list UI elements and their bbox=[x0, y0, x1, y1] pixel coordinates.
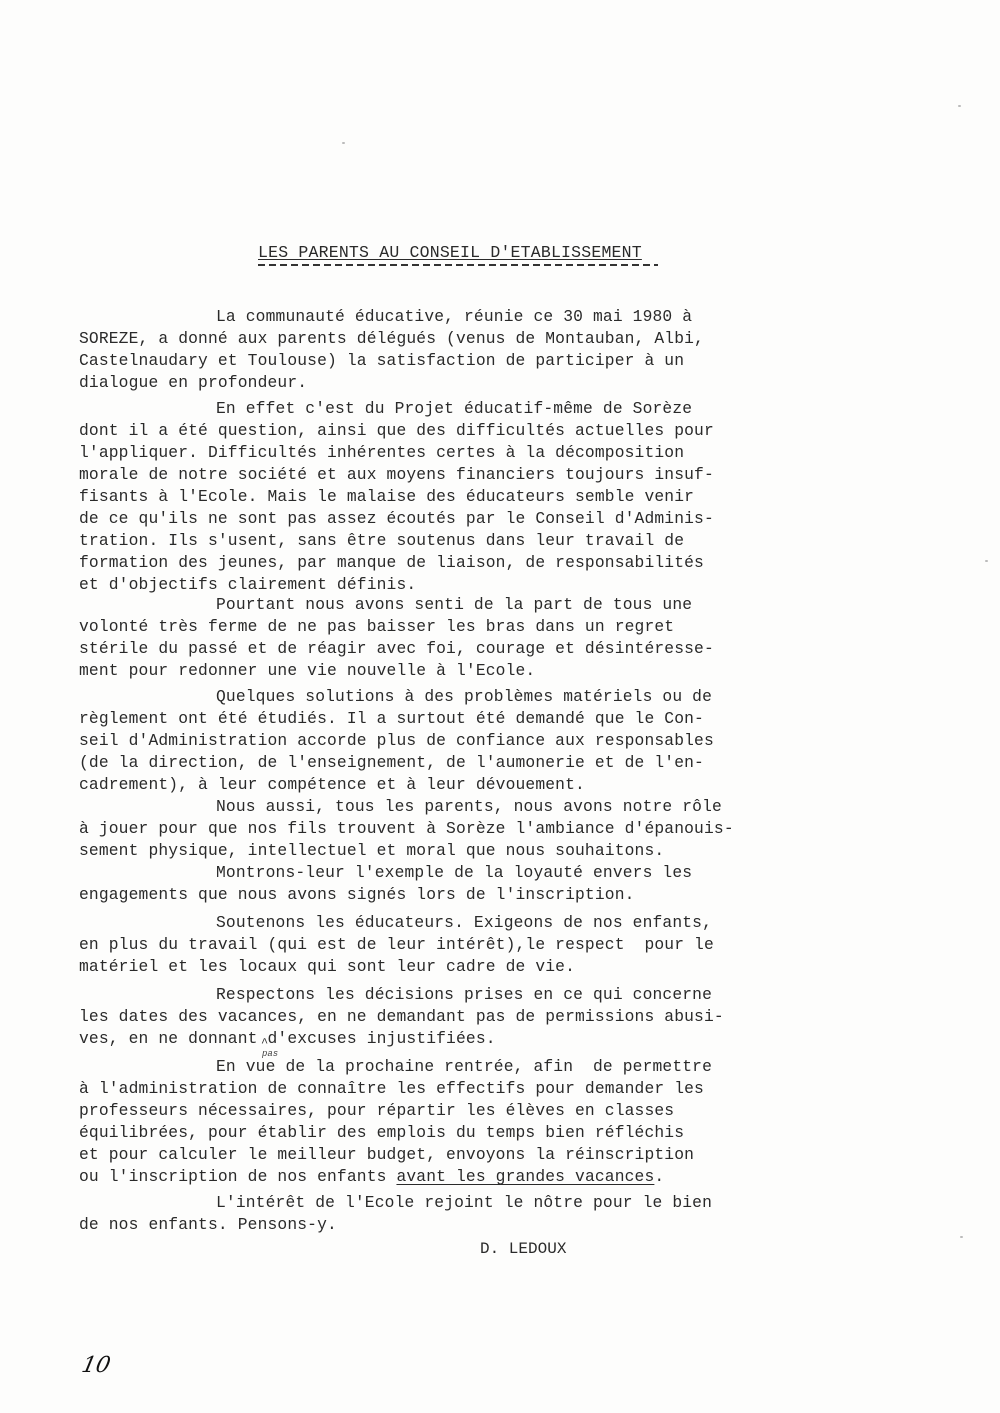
paragraph-8-line-1: Respectons les décisions prises en ce qu… bbox=[216, 984, 712, 1006]
paragraph-6-line-2: engagements que nous avons signés lors d… bbox=[79, 884, 635, 906]
underlined-emphasis: avant les grandes vacances bbox=[396, 1167, 654, 1186]
paragraph-9-line-6-text: ou l'inscription de nos enfants bbox=[79, 1167, 396, 1186]
document-page: LES PARENTS AU CONSEIL D'ETABLISSEMENT L… bbox=[0, 0, 1000, 1413]
paragraph-2-line-6: de ce qu'ils ne sont pas assez écoutés p… bbox=[79, 508, 714, 530]
paragraph-9-line-2: à l'administration de connaître les effe… bbox=[79, 1078, 704, 1100]
paragraph-2-line-9: et d'objectifs clairement définis. bbox=[79, 574, 416, 596]
paragraph-4-line-5: cadrement), à leur compétence et à leur … bbox=[79, 774, 585, 796]
paper-speck bbox=[958, 105, 961, 107]
paragraph-3-line-1: Pourtant nous avons senti de la part de … bbox=[216, 594, 692, 616]
paragraph-4-line-3: seil d'Administration accorde plus de co… bbox=[79, 730, 714, 752]
paragraph-8-line-3: ves, en ne donnant d'excuses injustifiée… bbox=[79, 1028, 496, 1050]
paragraph-2-line-4: morale de notre société et aux moyens fi… bbox=[79, 464, 714, 486]
paragraph-4-line-2: règlement ont été étudiés. Il a surtout … bbox=[79, 708, 704, 730]
paragraph-1-line-2: SOREZE, a donné aux parents délégués (ve… bbox=[79, 328, 704, 350]
paragraph-7-line-2: en plus du travail (qui est de leur inté… bbox=[79, 934, 714, 956]
paragraph-1-line-3: Castelnaudary et Toulouse) la satisfacti… bbox=[79, 350, 684, 372]
paragraph-9-line-6: ou l'inscription de nos enfants avant le… bbox=[79, 1166, 664, 1188]
title-dashed-underline bbox=[258, 263, 658, 267]
paragraph-5-line-1: Nous aussi, tous les parents, nous avons… bbox=[216, 796, 722, 818]
paragraph-2-line-2: dont il a été question, ainsi que des di… bbox=[79, 420, 714, 442]
paragraph-9-line-1: En vue de la prochaine rentrée, afin de … bbox=[216, 1056, 712, 1078]
page-title: LES PARENTS AU CONSEIL D'ETABLISSEMENT bbox=[258, 243, 678, 262]
paragraph-2-line-1: En effet c'est du Projet éducatif-même d… bbox=[216, 398, 692, 420]
paragraph-2-line-8: formation des jeunes, par manque de liai… bbox=[79, 552, 704, 574]
paragraph-10-line-1: L'intérêt de l'Ecole rejoint le nôtre po… bbox=[216, 1192, 712, 1214]
handwritten-page-number: 10 bbox=[79, 1353, 112, 1378]
paragraph-3-line-4: ment pour redonner une vie nouvelle à l'… bbox=[79, 660, 535, 682]
paper-speck bbox=[342, 142, 345, 144]
paragraph-10-line-2: de nos enfants. Pensons-y. bbox=[79, 1214, 337, 1236]
paragraph-7-line-1: Soutenons les éducateurs. Exigeons de no… bbox=[216, 912, 712, 934]
paper-speck bbox=[960, 1236, 963, 1238]
paragraph-9-line-5: et pour calculer le meilleur budget, env… bbox=[79, 1144, 694, 1166]
paragraph-2-line-5: fisants à l'Ecole. Mais le malaise des é… bbox=[79, 486, 694, 508]
signature: D. LEDOUX bbox=[480, 1240, 566, 1258]
paragraph-1-line-4: dialogue en profondeur. bbox=[79, 372, 307, 394]
paragraph-9-line-4: équilibrées, pour établir des emplois du… bbox=[79, 1122, 684, 1144]
paragraph-9-line-3: professeurs nécessaires, pour répartir l… bbox=[79, 1100, 674, 1122]
paragraph-1-line-1: La communauté éducative, réunie ce 30 ma… bbox=[216, 306, 692, 328]
paragraph-8-line-2: les dates des vacances, en ne demandant … bbox=[79, 1006, 724, 1028]
paragraph-9-line-6-tail: . bbox=[654, 1167, 664, 1186]
paragraph-5-line-2: à jouer pour que nos fils trouvent à Sor… bbox=[79, 818, 734, 840]
paragraph-2-line-3: l'appliquer. Difficultés inhérentes cert… bbox=[79, 442, 684, 464]
paragraph-3-line-2: volonté très ferme de ne pas baisser les… bbox=[79, 616, 674, 638]
paragraph-4-line-4: (de la direction, de l'enseignement, de … bbox=[79, 752, 704, 774]
insertion-caret-icon: ^ bbox=[261, 1036, 268, 1050]
paragraph-4-line-1: Quelques solutions à des problèmes matér… bbox=[216, 686, 712, 708]
paragraph-7-line-3: matériel et les locaux qui sont leur cad… bbox=[79, 956, 575, 978]
paper-speck bbox=[985, 560, 988, 562]
paragraph-2-line-7: tration. Ils s'usent, sans être soutenus… bbox=[79, 530, 684, 552]
paragraph-5-line-3: sement physique, intellectuel et moral q… bbox=[79, 840, 664, 862]
title-block: LES PARENTS AU CONSEIL D'ETABLISSEMENT bbox=[258, 243, 678, 267]
paragraph-6-line-1: Montrons-leur l'exemple de la loyauté en… bbox=[216, 862, 692, 884]
paragraph-3-line-3: stérile du passé et de réagir avec foi, … bbox=[79, 638, 714, 660]
